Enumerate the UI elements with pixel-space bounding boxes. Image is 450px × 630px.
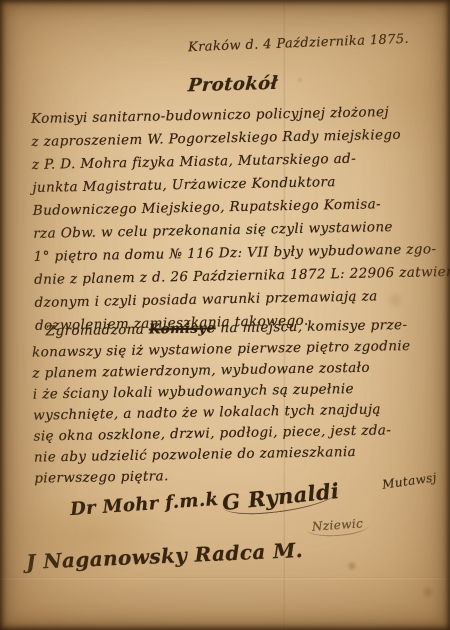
protocol-heading: Protokół (187, 73, 279, 96)
manuscript-page: Kraków d. 4 Października 1875. Protokół … (0, 0, 450, 630)
text-segment: na miejscu, komisye prze- (215, 317, 407, 336)
crossed-out-word: Komisye (149, 320, 216, 337)
signature-naganowski: J Naganowsky Radca M. (26, 538, 304, 574)
paragraph-1: Komisyi sanitarno-budowniczo policyjnej … (31, 100, 445, 338)
signature-dr-mohr: Dr Mohr f.m.k (69, 489, 219, 520)
date-line: Kraków d. 4 Października 1875. (188, 32, 410, 55)
text-segment: Zgromadzona (46, 322, 149, 340)
horizontal-fold-crease (0, 577, 450, 580)
signature-niziewic: Nziewic (305, 516, 370, 538)
paragraph-2: Zgromadzona Komisye na miejscu, komisye … (32, 314, 445, 489)
